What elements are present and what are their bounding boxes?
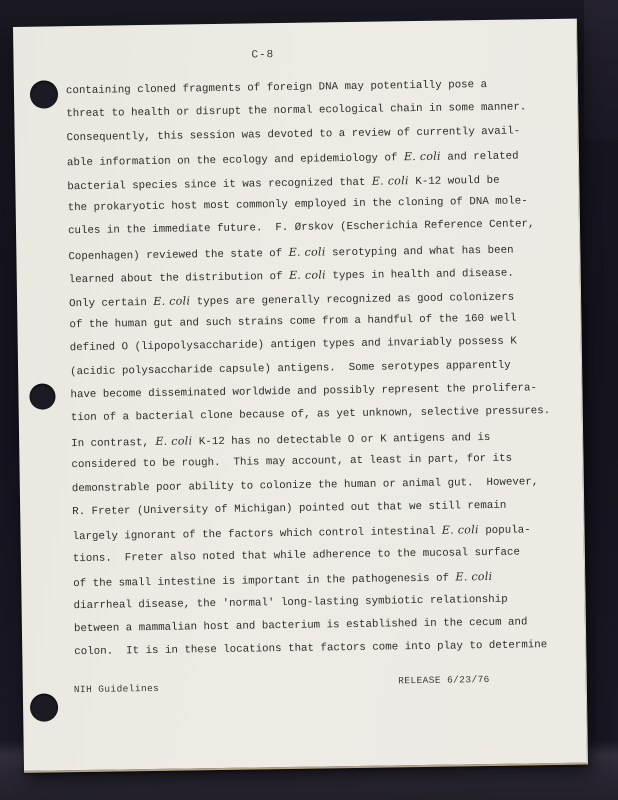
body-text: containing cloned fragments of foreign D… [66,73,567,665]
document-page: C-8 containing cloned fragments of forei… [13,19,588,773]
footer-release-date: RELEASE 6/23/76 [398,674,490,686]
hole-punch-top [30,80,58,108]
hole-punch-middle [29,383,55,409]
scan-background: C-8 containing cloned fragments of forei… [0,0,618,800]
footer-document-title: NIH Guidelines [74,683,160,695]
page-number: C-8 [251,49,274,61]
hole-punch-bottom [30,693,58,721]
backdrop-shade [584,0,618,140]
page-footer: NIH Guidelines RELEASE 6/23/76 [74,674,510,695]
